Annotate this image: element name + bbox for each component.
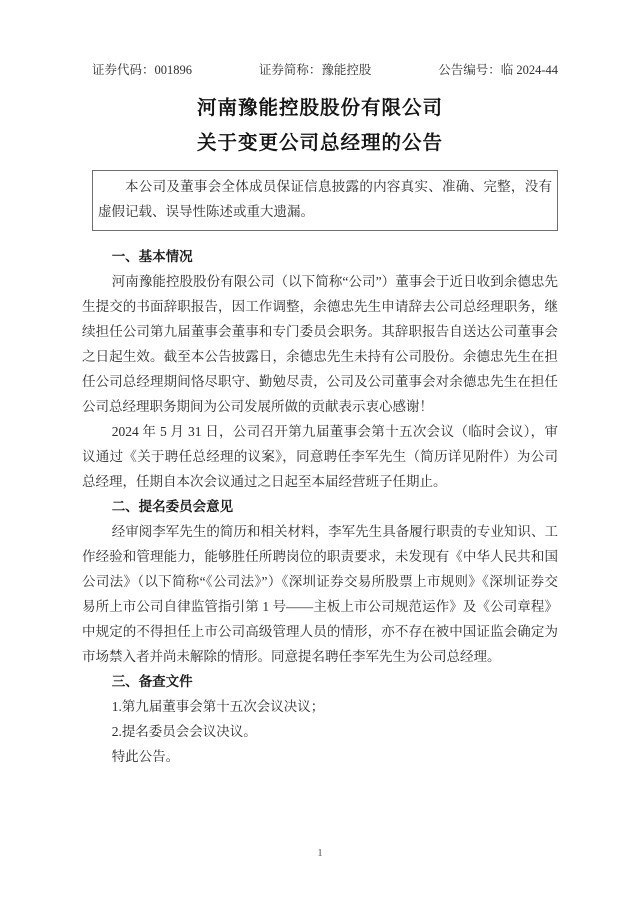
stock-abbreviation: 证券简称：豫能控股 (259, 62, 372, 78)
stock-code: 证券代码：001896 (92, 62, 192, 78)
disclaimer-box: 本公司及董事会全体成员保证信息披露的内容真实、准确、完整，没有虚假记载、误导性陈… (92, 170, 558, 231)
closing-statement: 特此公告。 (82, 744, 558, 769)
title-line-subject: 关于变更公司总经理的公告 (82, 126, 558, 161)
section-1-heading: 一、基本情况 (82, 244, 558, 269)
document-title: 河南豫能控股股份有限公司 关于变更公司总经理的公告 (82, 91, 558, 161)
title-line-company: 河南豫能控股股份有限公司 (82, 91, 558, 126)
securities-header-row: 证券代码：001896 证券简称：豫能控股 公告编号：临 2024-44 (92, 62, 558, 78)
section-1-paragraph-2: 2024 年 5 月 31 日，公司召开第九届董事会第十五次会议（临时会议），审… (82, 419, 558, 494)
announcement-page: 证券代码：001896 证券简称：豫能控股 公告编号：临 2024-44 河南豫… (0, 0, 640, 911)
page-number: 1 (0, 847, 640, 859)
section-2-paragraph-1: 经审阅李军先生的简历和相关材料，李军先生具备履行职责的专业知识、工作经验和管理能… (82, 519, 558, 669)
disclaimer-text: 本公司及董事会全体成员保证信息披露的内容真实、准确、完整，没有虚假记载、误导性陈… (98, 179, 552, 219)
backup-document-item-1: 1.第九届董事会第十五次会议决议； (82, 694, 558, 719)
section-1-paragraph-1: 河南豫能控股股份有限公司（以下简称“公司”）董事会于近日收到余德忠先生提交的书面… (82, 269, 558, 419)
announcement-number: 公告编号：临 2024-44 (438, 62, 558, 78)
section-3-heading: 三、备查文件 (82, 669, 558, 694)
section-2-heading: 二、提名委员会意见 (82, 494, 558, 519)
backup-document-item-2: 2.提名委员会会议决议。 (82, 719, 558, 744)
